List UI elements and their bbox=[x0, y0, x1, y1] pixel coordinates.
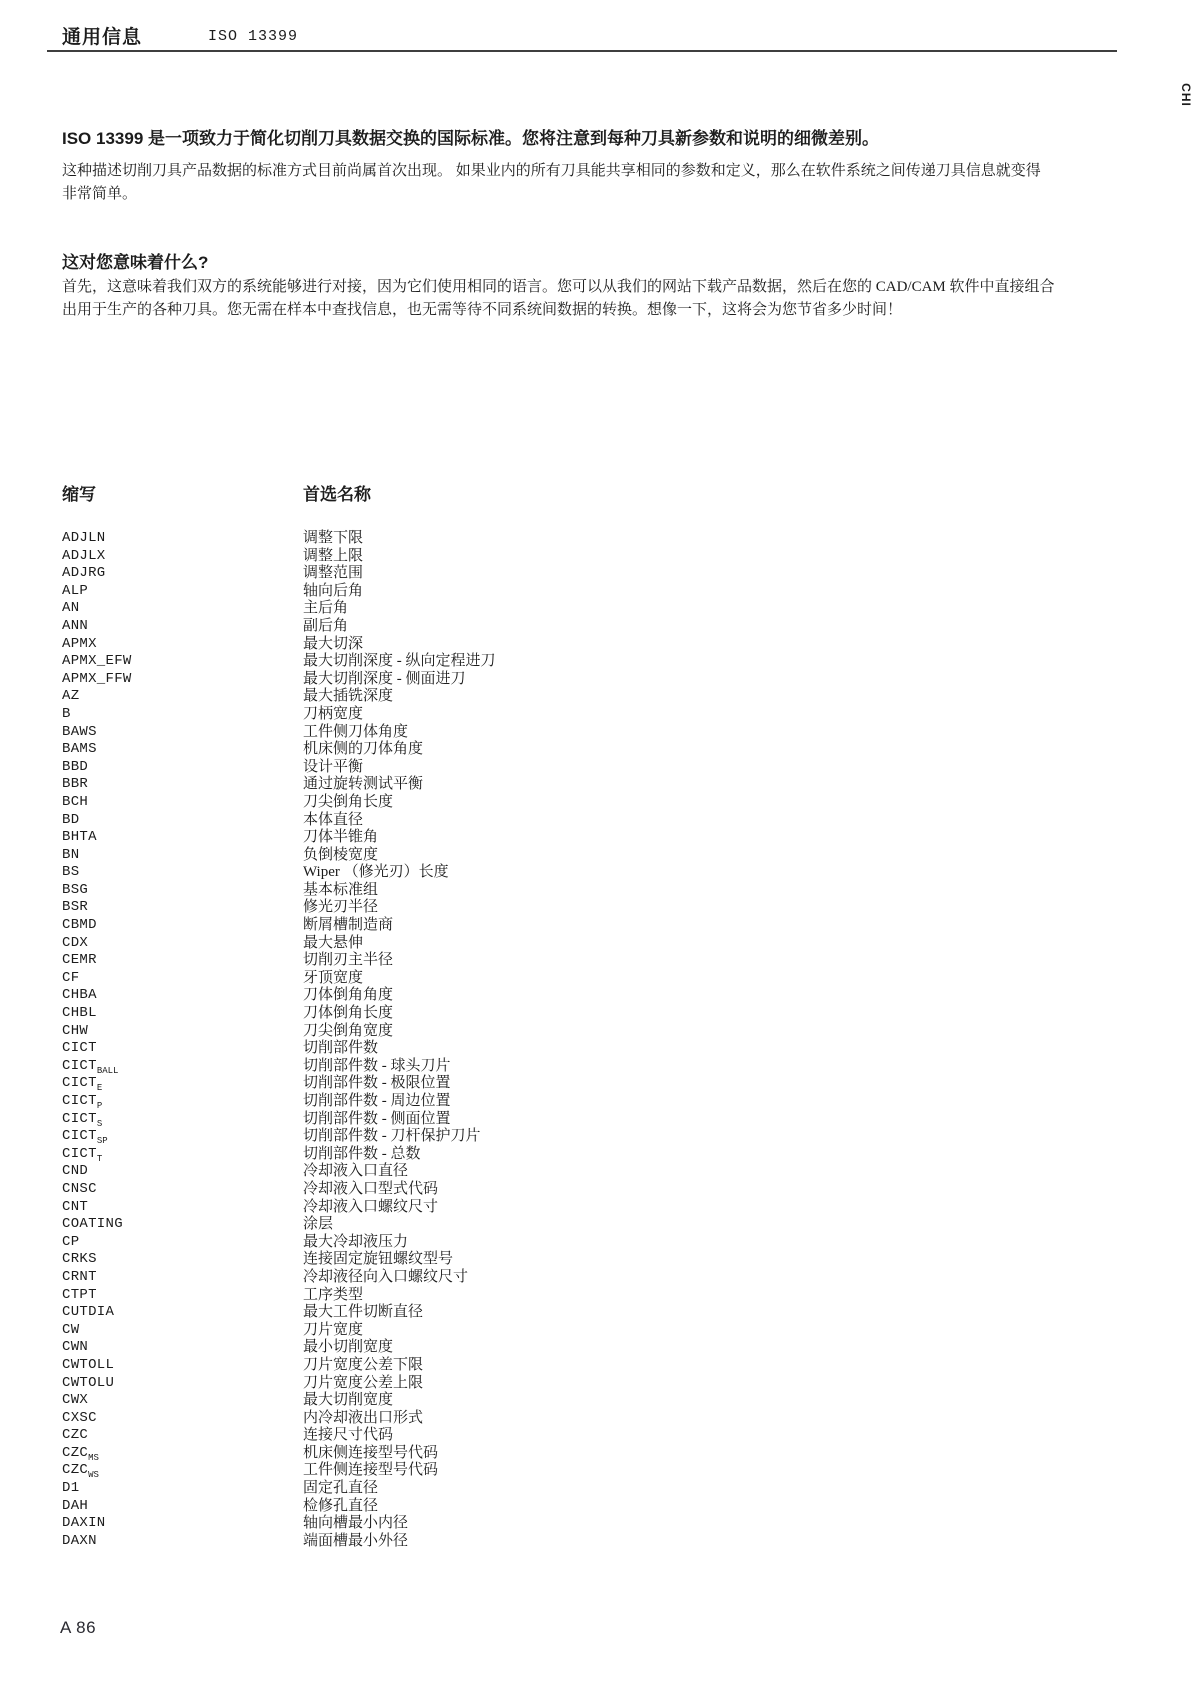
preferred-name-cell: 调整范围 bbox=[303, 565, 1122, 583]
table-row: CICTE 切削部件数 - 极限位置 bbox=[62, 1075, 1122, 1093]
preferred-name-cell: 切削刃主半径 bbox=[303, 952, 1122, 970]
abbreviation-cell: CNT bbox=[62, 1199, 303, 1217]
table-row: CWN 最小切削宽度 bbox=[62, 1339, 1122, 1357]
abbreviation-cell: B bbox=[62, 706, 303, 724]
abbreviation-cell: CHBA bbox=[62, 987, 303, 1005]
preferred-name-cell: 最大切深 bbox=[303, 636, 1122, 654]
table-row: CDX 最大悬伸 bbox=[62, 935, 1122, 953]
preferred-name-cell: 刀片宽度公差上限 bbox=[303, 1375, 1122, 1393]
table-row: CW 刀片宽度 bbox=[62, 1322, 1122, 1340]
abbreviation-cell: CZCMS bbox=[62, 1445, 303, 1463]
abbreviation-cell: CBMD bbox=[62, 917, 303, 935]
preferred-name-cell: 切削部件数 - 球头刀片 bbox=[303, 1058, 1122, 1076]
abbreviation-cell: DAXIN bbox=[62, 1515, 303, 1533]
preferred-name-cell: 切削部件数 - 侧面位置 bbox=[303, 1111, 1122, 1129]
abbreviation-cell: CICTT bbox=[62, 1146, 303, 1164]
abbreviation-cell: CICTSP bbox=[62, 1128, 303, 1146]
abbreviation-cell: CP bbox=[62, 1234, 303, 1252]
abbreviation-cell: BBR bbox=[62, 776, 303, 794]
preferred-name-cell: 基本标准组 bbox=[303, 882, 1122, 900]
table-row: AZ 最大插铣深度 bbox=[62, 688, 1122, 706]
abbreviation-cell: BAWS bbox=[62, 724, 303, 742]
preferred-name-cell: 冷却液入口型式代码 bbox=[303, 1181, 1122, 1199]
table-row: D1 固定孔直径 bbox=[62, 1480, 1122, 1498]
table-row: CXSC 内冷却液出口形式 bbox=[62, 1410, 1122, 1428]
preferred-name-cell: 最大工件切断直径 bbox=[303, 1304, 1122, 1322]
header-rule bbox=[47, 50, 1117, 52]
abbreviation-cell: BSR bbox=[62, 899, 303, 917]
abbreviation-cell: BHTA bbox=[62, 829, 303, 847]
page-title: ISO 13399 是一项致力于简化切削刀具数据交换的国际标准。您将注意到每种刀… bbox=[62, 128, 1142, 150]
abbreviation-cell: CWN bbox=[62, 1339, 303, 1357]
preferred-name-cell: 调整下限 bbox=[303, 530, 1122, 548]
table-row: CZCMS 机床侧连接型号代码 bbox=[62, 1445, 1122, 1463]
abbreviation-cell: AN bbox=[62, 600, 303, 618]
intro-paragraph: 这种描述切削刀具产品数据的标准方式目前尚属首次出现。 如果业内的所有刀具能共享相… bbox=[62, 160, 1138, 206]
abbreviation-cell: CZCWS bbox=[62, 1462, 303, 1480]
abbreviation-cell: CICTE bbox=[62, 1075, 303, 1093]
table-row: ANN 副后角 bbox=[62, 618, 1122, 636]
preferred-name-cell: 副后角 bbox=[303, 618, 1122, 636]
preferred-name-cell: 轴向槽最小内径 bbox=[303, 1515, 1122, 1533]
abbreviation-cell: BCH bbox=[62, 794, 303, 812]
preferred-name-cell: 最大悬伸 bbox=[303, 935, 1122, 953]
abbreviation-cell: BS bbox=[62, 864, 303, 882]
abbreviation-cell: CZC bbox=[62, 1427, 303, 1445]
table-row: CUTDIA 最大工件切断直径 bbox=[62, 1304, 1122, 1322]
abbreviation-cell: CDX bbox=[62, 935, 303, 953]
abbreviation-cell: APMX_FFW bbox=[62, 671, 303, 689]
table-row: CICTT 切削部件数 - 总数 bbox=[62, 1146, 1122, 1164]
preferred-name-cell: 固定孔直径 bbox=[303, 1480, 1122, 1498]
table-row: CWX 最大切削宽度 bbox=[62, 1392, 1122, 1410]
preferred-name-cell: 设计平衡 bbox=[303, 759, 1122, 777]
table-row: BD 本体直径 bbox=[62, 812, 1122, 830]
abbreviation-cell: BAMS bbox=[62, 741, 303, 759]
preferred-name-cell: 工件侧刀体角度 bbox=[303, 724, 1122, 742]
table-row: CICTS 切削部件数 - 侧面位置 bbox=[62, 1111, 1122, 1129]
preferred-name-cell: 切削部件数 - 总数 bbox=[303, 1146, 1122, 1164]
table-row: APMX_FFW 最大切削深度 - 侧面进刀 bbox=[62, 671, 1122, 689]
abbreviation-cell: BSG bbox=[62, 882, 303, 900]
table-row: DAXN 端面槽最小外径 bbox=[62, 1533, 1122, 1551]
column-header-abbreviation: 缩写 bbox=[62, 480, 303, 505]
abbreviation-cell: CW bbox=[62, 1322, 303, 1340]
preferred-name-cell: 修光刃半径 bbox=[303, 899, 1122, 917]
preferred-name-cell: 连接固定旋钮螺纹型号 bbox=[303, 1251, 1122, 1269]
table-row: ALP 轴向后角 bbox=[62, 583, 1122, 601]
abbreviation-cell: CUTDIA bbox=[62, 1304, 303, 1322]
abbreviation-cell: APMX bbox=[62, 636, 303, 654]
table-row: APMX_EFW 最大切削深度 - 纵向定程进刀 bbox=[62, 653, 1122, 671]
section-title: 通用信息 bbox=[62, 22, 142, 49]
abbreviation-cell: COATING bbox=[62, 1216, 303, 1234]
table-row: BSR 修光刃半径 bbox=[62, 899, 1122, 917]
abbreviation-cell: CEMR bbox=[62, 952, 303, 970]
section-heading: 这对您意味着什么? bbox=[62, 248, 208, 273]
table-row: CWTOLL 刀片宽度公差下限 bbox=[62, 1357, 1122, 1375]
preferred-name-cell: 刀体倒角角度 bbox=[303, 987, 1122, 1005]
preferred-name-cell: 刀体半锥角 bbox=[303, 829, 1122, 847]
table-row: ADJLX 调整上限 bbox=[62, 548, 1122, 566]
table-row: ADJRG 调整范围 bbox=[62, 565, 1122, 583]
parameter-table: 缩写 首选名称 ADJLN 调整下限 ADJLX 调整上限 ADJRG 调整范围… bbox=[62, 480, 1122, 1550]
preferred-name-cell: 涂层 bbox=[303, 1216, 1122, 1234]
abbreviation-cell: CWX bbox=[62, 1392, 303, 1410]
table-row: CZC 连接尺寸代码 bbox=[62, 1427, 1122, 1445]
abbreviation-cell: ALP bbox=[62, 583, 303, 601]
preferred-name-cell: 本体直径 bbox=[303, 812, 1122, 830]
abbreviation-cell: ANN bbox=[62, 618, 303, 636]
preferred-name-cell: 切削部件数 - 刀杆保护刀片 bbox=[303, 1128, 1122, 1146]
abbreviation-cell: CWTOLU bbox=[62, 1375, 303, 1393]
table-row: BAMS 机床侧的刀体角度 bbox=[62, 741, 1122, 759]
preferred-name-cell: 切削部件数 - 周边位置 bbox=[303, 1093, 1122, 1111]
table-row: ADJLN 调整下限 bbox=[62, 530, 1122, 548]
preferred-name-cell: 冷却液入口直径 bbox=[303, 1163, 1122, 1181]
abbreviation-cell: BN bbox=[62, 847, 303, 865]
table-row: CZCWS 工件侧连接型号代码 bbox=[62, 1462, 1122, 1480]
preferred-name-cell: 最大切削深度 - 侧面进刀 bbox=[303, 671, 1122, 689]
page-number: A 86 bbox=[60, 1618, 96, 1638]
preferred-name-cell: 机床侧连接型号代码 bbox=[303, 1445, 1122, 1463]
preferred-name-cell: 通过旋转测试平衡 bbox=[303, 776, 1122, 794]
preferred-name-cell: 端面槽最小外径 bbox=[303, 1533, 1122, 1551]
table-row: CBMD 断屑槽制造商 bbox=[62, 917, 1122, 935]
abbreviation-cell: DAH bbox=[62, 1498, 303, 1516]
table-row: CEMR 切削刃主半径 bbox=[62, 952, 1122, 970]
abbreviation-cell: CICTBALL bbox=[62, 1058, 303, 1076]
table-row: BCH 刀尖倒角长度 bbox=[62, 794, 1122, 812]
preferred-name-cell: 调整上限 bbox=[303, 548, 1122, 566]
abbreviation-cell: ADJLN bbox=[62, 530, 303, 548]
table-row: CICTP 切削部件数 - 周边位置 bbox=[62, 1093, 1122, 1111]
preferred-name-cell: 切削部件数 - 极限位置 bbox=[303, 1075, 1122, 1093]
table-row: CP 最大冷却液压力 bbox=[62, 1234, 1122, 1252]
table-row: CRKS 连接固定旋钮螺纹型号 bbox=[62, 1251, 1122, 1269]
preferred-name-cell: 检修孔直径 bbox=[303, 1498, 1122, 1516]
table-row: CNSC 冷却液入口型式代码 bbox=[62, 1181, 1122, 1199]
abbreviation-cell: APMX_EFW bbox=[62, 653, 303, 671]
preferred-name-cell: 刀片宽度 bbox=[303, 1322, 1122, 1340]
table-row: APMX 最大切深 bbox=[62, 636, 1122, 654]
preferred-name-cell: 轴向后角 bbox=[303, 583, 1122, 601]
table-row: BBR 通过旋转测试平衡 bbox=[62, 776, 1122, 794]
table-row: BBD 设计平衡 bbox=[62, 759, 1122, 777]
column-header-preferred-name: 首选名称 bbox=[303, 480, 1122, 505]
table-row: AN 主后角 bbox=[62, 600, 1122, 618]
preferred-name-cell: 刀片宽度公差下限 bbox=[303, 1357, 1122, 1375]
preferred-name-cell: 冷却液径向入口螺纹尺寸 bbox=[303, 1269, 1122, 1287]
preferred-name-cell: 刀体倒角长度 bbox=[303, 1005, 1122, 1023]
abbreviation-cell: CND bbox=[62, 1163, 303, 1181]
preferred-name-cell: 工序类型 bbox=[303, 1287, 1122, 1305]
abbreviation-cell: D1 bbox=[62, 1480, 303, 1498]
preferred-name-cell: 主后角 bbox=[303, 600, 1122, 618]
abbreviation-cell: CRNT bbox=[62, 1269, 303, 1287]
abbreviation-cell: CICT bbox=[62, 1040, 303, 1058]
table-row: CRNT 冷却液径向入口螺纹尺寸 bbox=[62, 1269, 1122, 1287]
preferred-name-cell: 最大插铣深度 bbox=[303, 688, 1122, 706]
table-row: CICTBALL 切削部件数 - 球头刀片 bbox=[62, 1058, 1122, 1076]
preferred-name-cell: 负倒棱宽度 bbox=[303, 847, 1122, 865]
table-rows: ADJLN 调整下限 ADJLX 调整上限 ADJRG 调整范围 ALP 轴向后… bbox=[62, 530, 1122, 1550]
table-row: CWTOLU 刀片宽度公差上限 bbox=[62, 1375, 1122, 1393]
table-row: B 刀柄宽度 bbox=[62, 706, 1122, 724]
table-row: BN 负倒棱宽度 bbox=[62, 847, 1122, 865]
meaning-paragraph: 首先，这意味着我们双方的系统能够进行对接，因为它们使用相同的语言。您可以从我们的… bbox=[62, 276, 1138, 322]
table-row: BHTA 刀体半锥角 bbox=[62, 829, 1122, 847]
table-row: BSG 基本标准组 bbox=[62, 882, 1122, 900]
abbreviation-cell: CRKS bbox=[62, 1251, 303, 1269]
preferred-name-cell: 最大切削宽度 bbox=[303, 1392, 1122, 1410]
table-row: CNT 冷却液入口螺纹尺寸 bbox=[62, 1199, 1122, 1217]
abbreviation-cell: CNSC bbox=[62, 1181, 303, 1199]
table-row: DAH 检修孔直径 bbox=[62, 1498, 1122, 1516]
abbreviation-cell: CXSC bbox=[62, 1410, 303, 1428]
table-header: 缩写 首选名称 bbox=[62, 480, 1122, 505]
abbreviation-cell: CTPT bbox=[62, 1287, 303, 1305]
abbreviation-cell: AZ bbox=[62, 688, 303, 706]
standard-code: ISO 13399 bbox=[208, 28, 298, 45]
abbreviation-cell: DAXN bbox=[62, 1533, 303, 1551]
abbreviation-cell: BBD bbox=[62, 759, 303, 777]
preferred-name-cell: 冷却液入口螺纹尺寸 bbox=[303, 1199, 1122, 1217]
table-row: BS Wiper （修光刃）长度 bbox=[62, 864, 1122, 882]
table-row: COATING 涂层 bbox=[62, 1216, 1122, 1234]
preferred-name-cell: 刀尖倒角宽度 bbox=[303, 1023, 1122, 1041]
preferred-name-cell: 最小切削宽度 bbox=[303, 1339, 1122, 1357]
table-row: DAXIN 轴向槽最小内径 bbox=[62, 1515, 1122, 1533]
table-row: CHBL 刀体倒角长度 bbox=[62, 1005, 1122, 1023]
abbreviation-cell: CHW bbox=[62, 1023, 303, 1041]
preferred-name-cell: 机床侧的刀体角度 bbox=[303, 741, 1122, 759]
abbreviation-cell: CWTOLL bbox=[62, 1357, 303, 1375]
table-row: CTPT 工序类型 bbox=[62, 1287, 1122, 1305]
abbreviation-cell: ADJRG bbox=[62, 565, 303, 583]
preferred-name-cell: 最大冷却液压力 bbox=[303, 1234, 1122, 1252]
table-row: CHW 刀尖倒角宽度 bbox=[62, 1023, 1122, 1041]
abbreviation-cell: CHBL bbox=[62, 1005, 303, 1023]
preferred-name-cell: 工件侧连接型号代码 bbox=[303, 1462, 1122, 1480]
abbreviation-cell: CF bbox=[62, 970, 303, 988]
preferred-name-cell: Wiper （修光刃）长度 bbox=[303, 864, 1122, 882]
preferred-name-cell: 切削部件数 bbox=[303, 1040, 1122, 1058]
preferred-name-cell: 刀柄宽度 bbox=[303, 706, 1122, 724]
catalog-page: 通用信息 ISO 13399 CHI ISO 13399 是一项致力于简化切削刀… bbox=[0, 0, 1200, 1698]
table-row: CHBA 刀体倒角角度 bbox=[62, 987, 1122, 1005]
preferred-name-cell: 断屑槽制造商 bbox=[303, 917, 1122, 935]
abbreviation-cell: ADJLX bbox=[62, 548, 303, 566]
abbreviation-cell: CICTS bbox=[62, 1111, 303, 1129]
preferred-name-cell: 牙顶宽度 bbox=[303, 970, 1122, 988]
abbreviation-cell: CICTP bbox=[62, 1093, 303, 1111]
preferred-name-cell: 最大切削深度 - 纵向定程进刀 bbox=[303, 653, 1122, 671]
language-tab: CHI bbox=[1179, 83, 1193, 107]
table-row: CND 冷却液入口直径 bbox=[62, 1163, 1122, 1181]
preferred-name-cell: 内冷却液出口形式 bbox=[303, 1410, 1122, 1428]
preferred-name-cell: 刀尖倒角长度 bbox=[303, 794, 1122, 812]
table-row: CICT 切削部件数 bbox=[62, 1040, 1122, 1058]
table-row: BAWS 工件侧刀体角度 bbox=[62, 724, 1122, 742]
table-row: CICTSP 切削部件数 - 刀杆保护刀片 bbox=[62, 1128, 1122, 1146]
table-row: CF 牙顶宽度 bbox=[62, 970, 1122, 988]
abbreviation-cell: BD bbox=[62, 812, 303, 830]
preferred-name-cell: 连接尺寸代码 bbox=[303, 1427, 1122, 1445]
